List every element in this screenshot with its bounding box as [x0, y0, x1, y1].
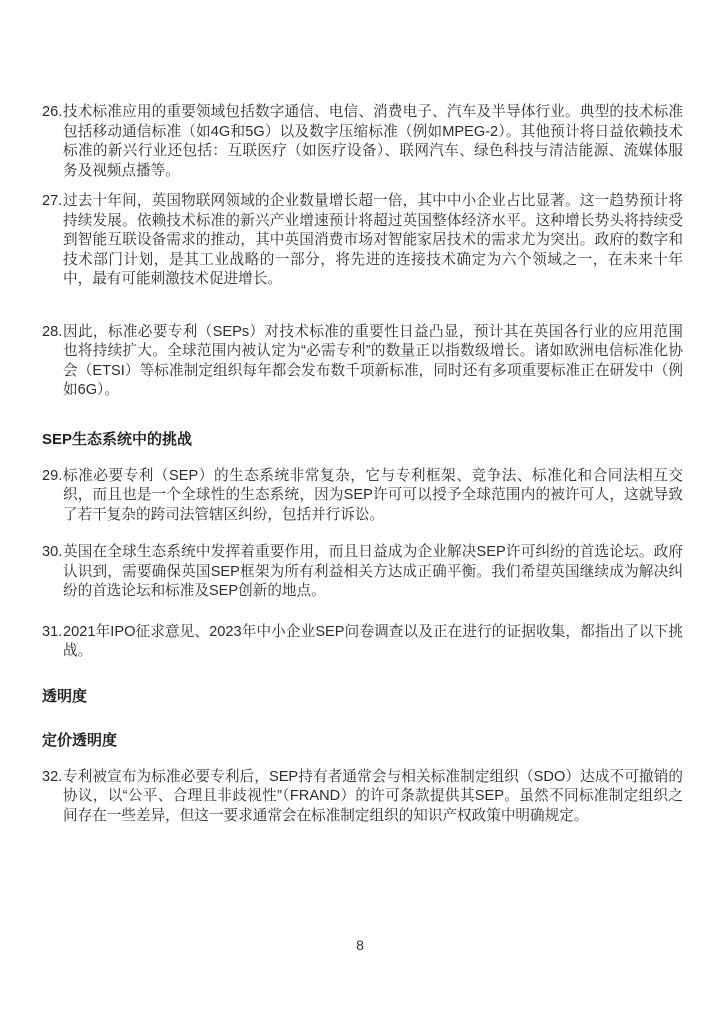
paragraph-29-text: 标准必要专利（SEP）的生态系统非常复杂，它与专利框架、竞争法、标准化和合同法相… [63, 468, 683, 523]
paragraph-28-text: 因此，标准必要专利（SEPs）对技术标准的重要性日益凸显，预计其在英国各行业的应… [63, 324, 683, 399]
paragraph-30-text: 英国在全球生态系统中发挥着重要作用，而且日益成为企业解决SEP许可纠纷的首选论坛… [63, 544, 683, 599]
paragraph-29-number: 29. [42, 467, 62, 487]
paragraph-27-number: 27. [42, 192, 62, 212]
page-footer: 8 [0, 936, 720, 955]
section-heading-sep-challenges: SEP生态系统中的挑战 [42, 430, 683, 450]
paragraph-30: 30. 英国在全球生态系统中发挥着重要作用，而且日益成为企业解决SEP许可纠纷的… [42, 543, 683, 602]
page-number: 8 [356, 937, 364, 953]
paragraph-31-text: 2021年IPO征求意见、2023年中小企业SEP问卷调查以及正在进行的证据收集… [63, 624, 683, 660]
paragraph-31-number: 31. [42, 623, 62, 643]
paragraph-28: 28. 因此，标准必要专利（SEPs）对技术标准的重要性日益凸显，预计其在英国各… [42, 323, 683, 401]
paragraph-26: 26. 技术标准应用的重要领域包括数字通信、电信、消费电子、汽车及半导体行业。典… [42, 103, 683, 181]
paragraph-30-number: 30. [42, 543, 62, 563]
document-page: 26. 技术标准应用的重要领域包括数字通信、电信、消费电子、汽车及半导体行业。典… [0, 0, 720, 1017]
paragraph-26-number: 26. [42, 103, 62, 123]
paragraph-26-text: 技术标准应用的重要领域包括数字通信、电信、消费电子、汽车及半导体行业。典型的技术… [63, 104, 683, 179]
paragraph-27: 27. 过去十年间，英国物联网领域的企业数量增长超一倍，其中中小企业占比显著。这… [42, 192, 683, 290]
paragraph-28-number: 28. [42, 323, 62, 343]
paragraph-32-number: 32. [42, 768, 62, 788]
document-content: 26. 技术标准应用的重要领域包括数字通信、电信、消费电子、汽车及半导体行业。典… [0, 103, 720, 826]
paragraph-31: 31. 2021年IPO征求意见、2023年中小企业SEP问卷调查以及正在进行的… [42, 623, 683, 662]
section-heading-transparency: 透明度 [42, 687, 683, 707]
paragraph-32: 32. 专利被宣布为标准必要专利后，SEP持有者通常会与相关标准制定组织（SDO… [42, 768, 683, 827]
paragraph-32-text: 专利被宣布为标准必要专利后，SEP持有者通常会与相关标准制定组织（SDO）达成不… [63, 769, 683, 824]
paragraph-27-text: 过去十年间，英国物联网领域的企业数量增长超一倍，其中中小企业占比显著。这一趋势预… [63, 193, 683, 287]
paragraph-29: 29. 标准必要专利（SEP）的生态系统非常复杂，它与专利框架、竞争法、标准化和… [42, 467, 683, 526]
section-heading-pricing-transparency: 定价透明度 [42, 731, 683, 751]
